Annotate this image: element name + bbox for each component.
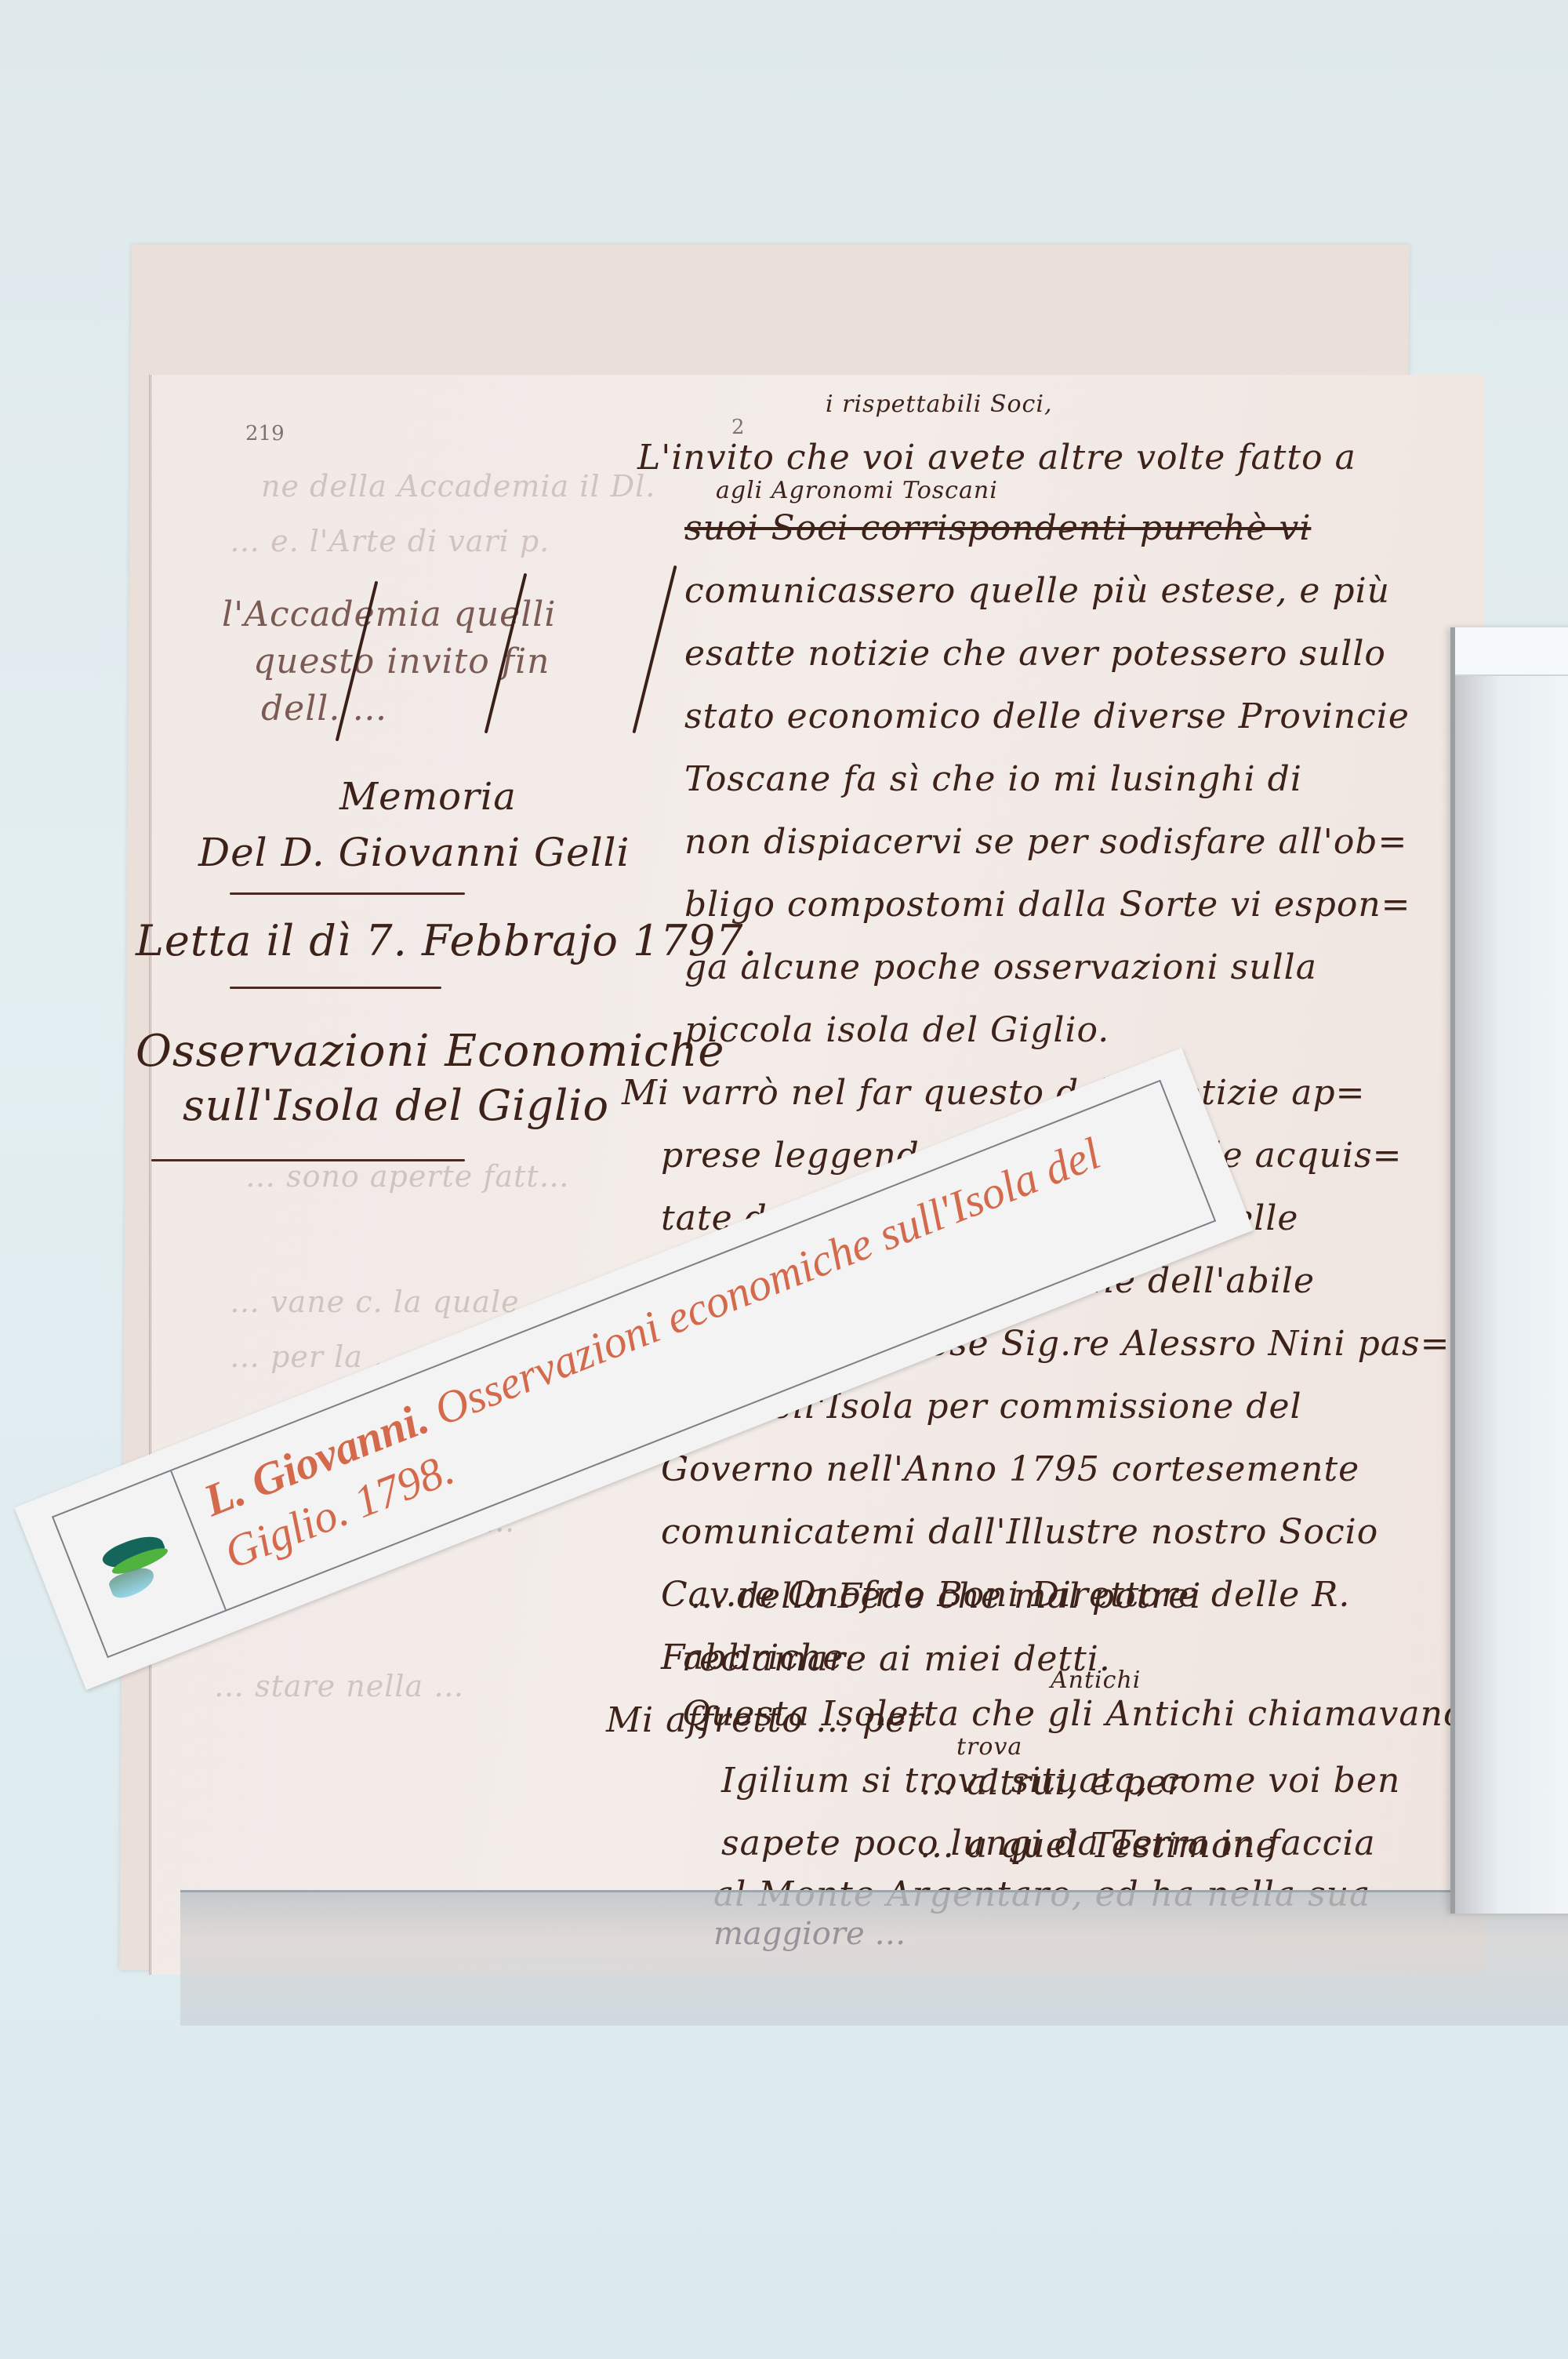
- page-number-right: 2: [731, 416, 745, 439]
- page-number-left: 219: [245, 422, 285, 445]
- strike-mark: [632, 565, 677, 733]
- text-line: reclamare ai miei detti.: [682, 1639, 1111, 1679]
- underline: [230, 892, 465, 895]
- bleed-through-text: … sono aperte fatt…: [245, 1159, 570, 1194]
- text-line: sapete poco lungi da Terra in faccia: [721, 1823, 1376, 1863]
- leaf-logo-icon: [92, 1520, 187, 1607]
- text-line: L'invito che voi avete altre volte fatto…: [637, 438, 1356, 478]
- text-line: comunicassero quelle più estese, e più: [684, 571, 1390, 611]
- insertion-text: Antichi: [1051, 1667, 1141, 1694]
- crossed-out-line: l'Accademia quelli: [222, 594, 556, 634]
- insertion-text: trova: [956, 1733, 1022, 1761]
- text-line: stato economico delle diverse Provincie: [684, 696, 1410, 736]
- crossed-out-line: dell. …: [261, 689, 387, 729]
- text-line: Governo nell'Anno 1795 cortesemente: [661, 1449, 1359, 1489]
- text-line: Igilium si trova situata, come voi ben: [721, 1761, 1400, 1801]
- text-line: Toscane fa sì che io mi lusinghi di: [684, 759, 1302, 799]
- glass-edge: maggiore …: [180, 1890, 1568, 2026]
- bleed-through-text: … stare nella …: [214, 1669, 464, 1703]
- text-line: esatte notizie che aver potessero sullo: [684, 634, 1386, 674]
- text-line: suoi Soci corrispondenti purchè vi: [684, 508, 1311, 548]
- acrylic-block: [1450, 627, 1568, 1914]
- title-line-1: Osservazioni Economiche: [136, 1026, 725, 1077]
- author-line: Del D. Giovanni Gelli: [198, 830, 630, 875]
- text-line: comunicatemi dall'Illustre nostro Socio: [661, 1512, 1378, 1552]
- title-line-2: sull'Isola del Giglio: [183, 1081, 609, 1130]
- underline: [151, 1159, 465, 1161]
- glass-reflection-text: maggiore …: [713, 1916, 906, 1952]
- text-line: piccola isola del Giglio.: [684, 1010, 1109, 1050]
- bleed-through-text: … e. l'Arte di vari p.: [230, 524, 550, 558]
- text-line: Mi varrò nel far questo delle notizie ap…: [622, 1073, 1366, 1113]
- acrylic-top-face: [1455, 627, 1568, 676]
- bleed-through-text: ne della Accademia il Dl.: [261, 469, 655, 503]
- text-line: Questa Isoletta che gli Antichi chiamava…: [682, 1694, 1465, 1734]
- text-line: non dispiacervi se per sodisfare all'ob=: [684, 822, 1407, 862]
- insertion-text: i rispettabili Soci,: [826, 391, 1053, 418]
- underline: [230, 987, 441, 989]
- memoria-heading: Memoria: [339, 775, 517, 819]
- date-line: Letta il dì 7. Febbrajo 1797.: [136, 916, 758, 965]
- text-line: … della Fede che mal potrei: [690, 1576, 1201, 1616]
- insertion-text: agli Agronomi Toscani: [716, 477, 998, 504]
- manuscript: 219 ne della Accademia il Dl. … e. l'Art…: [149, 375, 1484, 1975]
- text-line: bligo compostomi dalla Sorte vi espon=: [684, 885, 1411, 925]
- text-line: ga alcune poche osservazioni sulla: [684, 947, 1317, 987]
